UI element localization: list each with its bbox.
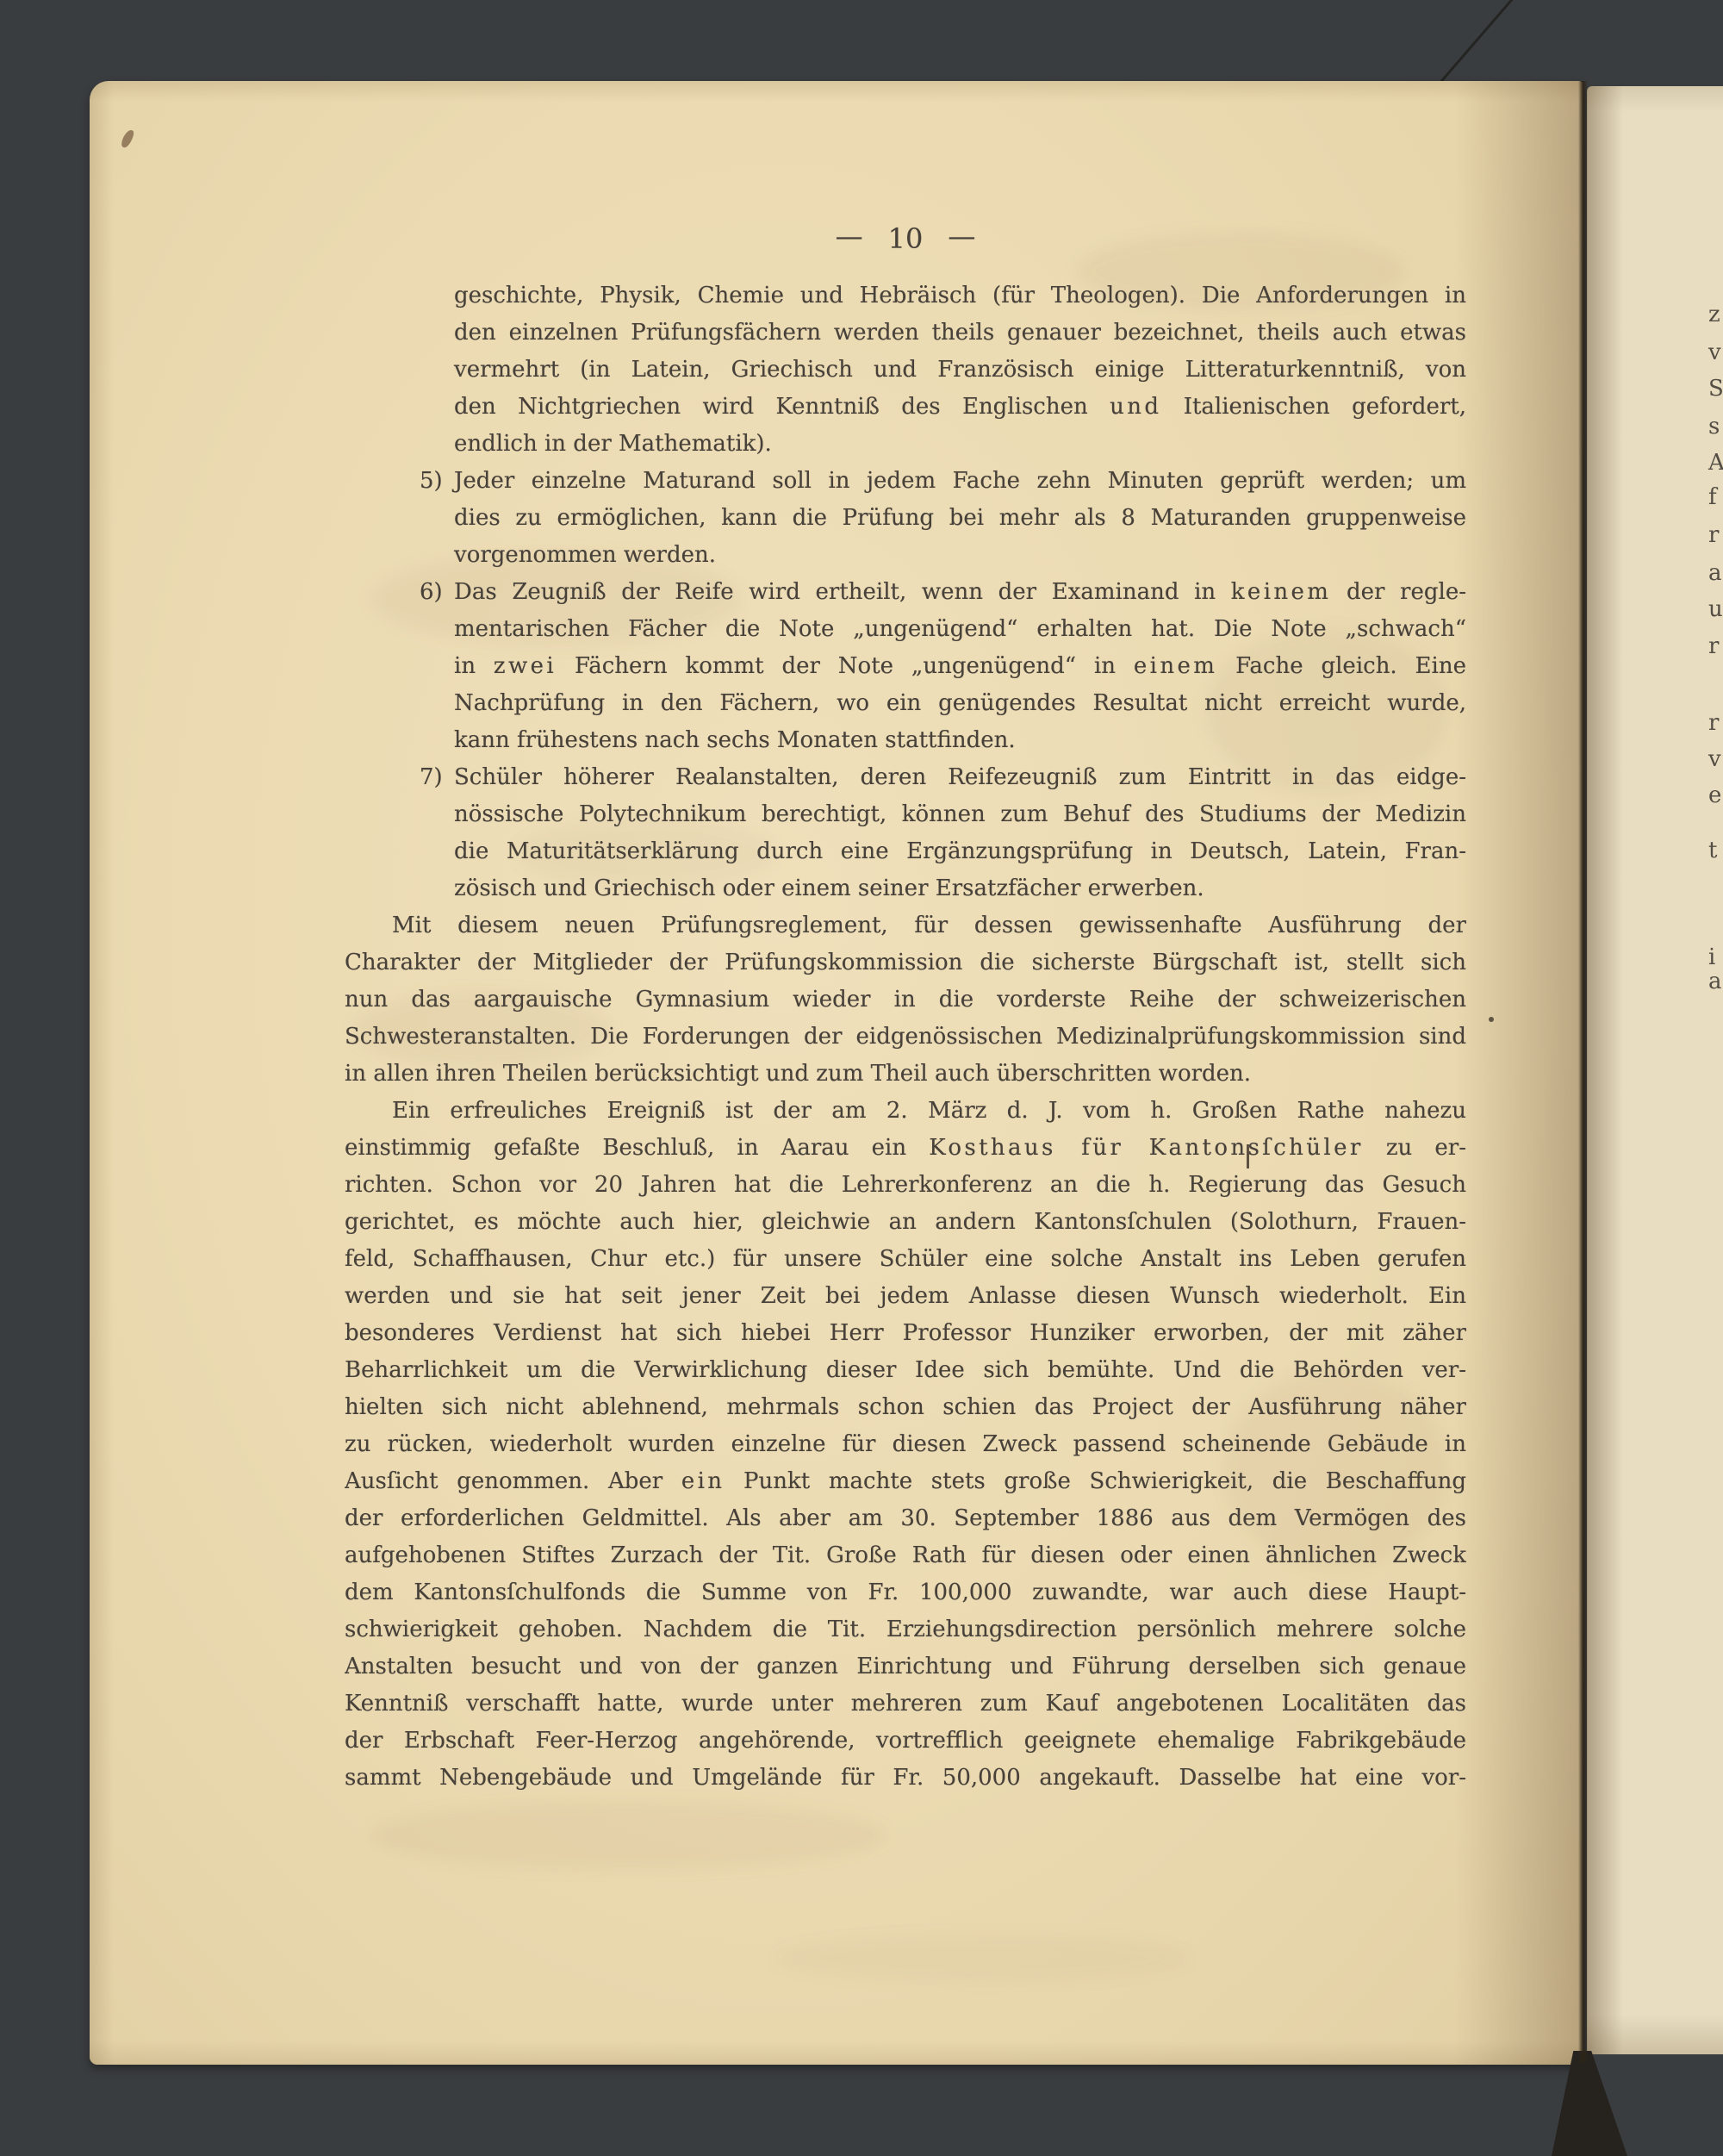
- edge-letter-fragment: r: [1708, 522, 1719, 548]
- text-line: vermehrt (in Latein, Griechisch und Fran…: [345, 352, 1466, 389]
- text-line: aufgehobenen Stiftes Zurzach der Tit. Gr…: [345, 1537, 1466, 1574]
- edge-letter-fragment: e: [1708, 782, 1721, 808]
- text-line: mentarischen Fächer die Note „ungenügend…: [345, 611, 1466, 648]
- text-line: richten. Schon vor 20 Jahren hat die Leh…: [345, 1167, 1466, 1204]
- next-page-edge: [1587, 86, 1723, 2054]
- text-line: Ein erfreuliches Ereigniß ist der am 2. …: [345, 1093, 1466, 1130]
- text-line: feld, Schaffhausen, Chur etc.) für unser…: [345, 1241, 1466, 1278]
- list-item-number: 7): [420, 759, 443, 796]
- text-line: zu rücken, wiederholt wurden einzelne fü…: [345, 1426, 1466, 1463]
- spine-crease: [1440, 0, 1515, 83]
- text-line: vorgenommen werden.: [345, 537, 1466, 574]
- text-line: schwierigkeit gehoben. Nachdem die Tit. …: [345, 1611, 1466, 1648]
- text-line: Kenntniß verschafft hatte, wurde unter m…: [345, 1686, 1466, 1723]
- gutter-shadow: [1542, 2051, 1637, 2156]
- edge-letter-fragment: v: [1708, 746, 1721, 772]
- text-line: nun das aargauische Gymnasium wieder in …: [345, 981, 1466, 1019]
- text-line: Beharrlichkeit um die Verwirklichung die…: [345, 1352, 1466, 1389]
- text-line: Nachprüfung in den Fächern, wo ein genüg…: [345, 685, 1466, 722]
- text-line: dem Kantonsſchulfonds die Summe von Fr. …: [345, 1574, 1466, 1611]
- edge-letter-fragment: i: [1708, 944, 1715, 970]
- page-number-dash-right: —: [948, 220, 975, 252]
- edge-letter-fragment: r: [1708, 710, 1719, 736]
- edge-letter-fragment: S: [1708, 376, 1723, 402]
- list-item-number: 5): [420, 463, 443, 500]
- text-line: der erforderlichen Geldmittel. Als aber …: [345, 1500, 1466, 1537]
- text-line: den Nichtgriechen wird Kenntniß des Engl…: [345, 389, 1466, 426]
- text-line: in zwei Fächern kommt der Note „ungenüge…: [345, 648, 1466, 685]
- edge-letter-fragment: v: [1708, 340, 1721, 365]
- page-number: —10—: [345, 221, 1466, 257]
- ink-showthrough-smudge: [370, 1801, 887, 1870]
- edge-letter-fragment: r: [1708, 633, 1719, 659]
- text-line: den einzelnen Prüfungsfächern werden the…: [345, 315, 1466, 352]
- text-line: die Maturitätserklärung durch eine Ergän…: [345, 833, 1466, 870]
- list-item-number: 6): [420, 574, 443, 611]
- text-line: kann frühestens nach sechs Monaten statt…: [345, 722, 1466, 759]
- ink-showthrough-smudge: [775, 1935, 1189, 1982]
- text-line: endlich in der Mathematik).: [345, 426, 1466, 463]
- text-line: Charakter der Mitglieder der Prüfungskom…: [345, 944, 1466, 981]
- text-line: Anstalten besucht und von der ganzen Ein…: [345, 1648, 1466, 1686]
- edge-letter-fragment: f: [1708, 484, 1717, 510]
- edge-letter-fragment: u: [1708, 596, 1723, 622]
- text-line: 5)Jeder einzelne Maturand soll in jedem …: [345, 463, 1466, 500]
- text-line: 6)Das Zeugniß der Reife wird ertheilt, w…: [345, 574, 1466, 611]
- text-line: gerichtet, es möchte auch hier, gleichwi…: [345, 1204, 1466, 1241]
- text-line: hielten sich nicht ablehnend, mehrmals s…: [345, 1389, 1466, 1426]
- text-line: der Erbschaft Feer-Herzog angehörende, v…: [345, 1723, 1466, 1760]
- edge-letter-fragment: A: [1708, 450, 1723, 476]
- text-line: besonderes Verdienst hat sich hiebei Her…: [345, 1315, 1466, 1352]
- text-block: geschichte, Physik, Chemie und Hebräisch…: [345, 277, 1466, 1797]
- text-line: zösisch und Griechisch oder einem seiner…: [345, 870, 1466, 907]
- edge-letter-fragment: a: [1708, 969, 1722, 994]
- text-line: 7)Schüler höherer Realanstalten, deren R…: [345, 759, 1466, 796]
- text-line: dies zu ermöglichen, kann die Prüfung be…: [345, 500, 1466, 537]
- scan-artifact-stroke: [1247, 1144, 1249, 1168]
- next-page-edge-text: zvSsAfraurrvetia: [1705, 0, 1723, 2156]
- page-number-value: 10: [888, 222, 924, 255]
- book-gutter: [1578, 81, 1588, 2063]
- scan-artifact-dot: [1489, 1017, 1494, 1022]
- text-line: werden und sie hat seit jener Zeit bei j…: [345, 1278, 1466, 1315]
- text-line: Schwesteranstalten. Die Forderungen der …: [345, 1019, 1466, 1056]
- page-number-dash-left: —: [836, 220, 863, 252]
- book-scan: —10— geschichte, Physik, Chemie und Hebr…: [0, 0, 1723, 2156]
- text-line: Ausſicht genommen. Aber ein Punkt machte…: [345, 1463, 1466, 1500]
- edge-letter-fragment: a: [1708, 560, 1722, 586]
- edge-letter-fragment: t: [1708, 838, 1717, 863]
- text-line: Mit diesem neuen Prüfungsreglement, für …: [345, 907, 1466, 944]
- text-line: einstimmig gefaßte Beschluß, in Aarau ei…: [345, 1130, 1466, 1167]
- text-line: nössische Polytechnikum berechtigt, könn…: [345, 796, 1466, 833]
- edge-letter-fragment: z: [1708, 302, 1720, 327]
- text-line: sammt Nebengebäude und Umgelände für Fr.…: [345, 1760, 1466, 1797]
- edge-letter-fragment: s: [1708, 414, 1720, 439]
- text-line: in allen ihren Theilen berücksichtigt un…: [345, 1056, 1466, 1093]
- text-line: geschichte, Physik, Chemie und Hebräisch…: [345, 277, 1466, 315]
